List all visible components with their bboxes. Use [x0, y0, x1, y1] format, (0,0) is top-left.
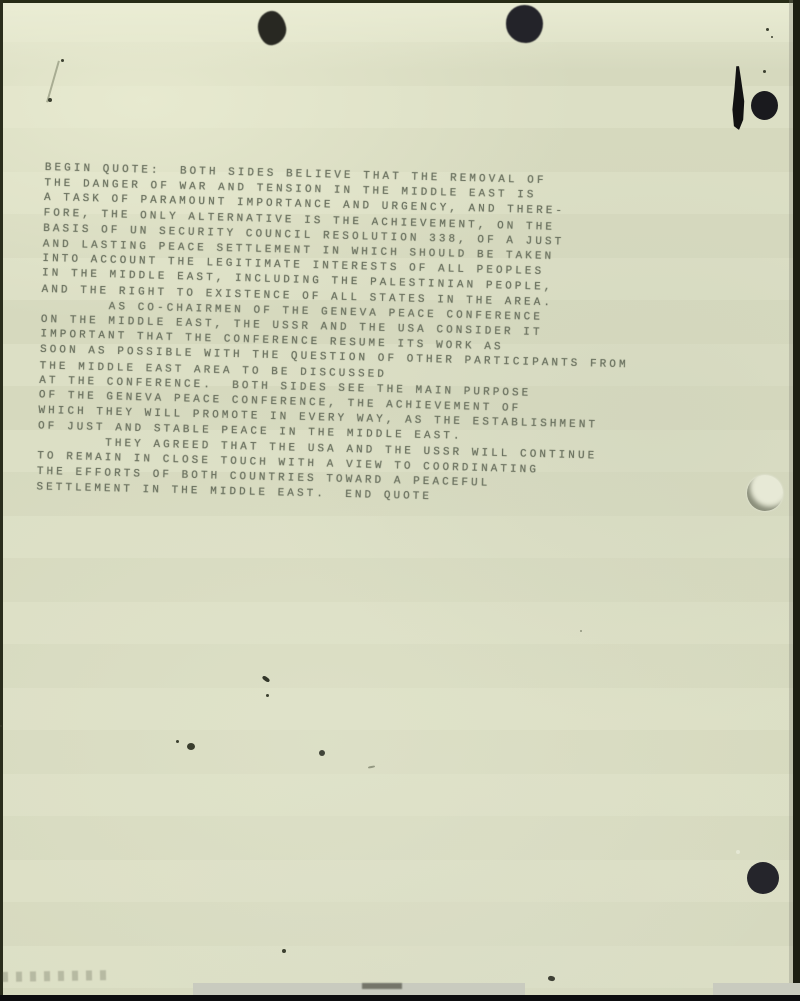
speck — [548, 975, 556, 981]
scan-edge-right — [793, 0, 800, 1001]
punch-hole-mark-icon — [751, 91, 778, 120]
speck — [771, 36, 773, 38]
ink-streak-icon — [730, 66, 745, 130]
punch-hole-mark-icon — [747, 862, 779, 894]
speck — [766, 28, 769, 31]
scanned-document-page: BEGIN QUOTE: BOTH SIDES BELIEVE THAT THE… — [0, 0, 800, 1001]
speck — [580, 630, 582, 632]
speck — [368, 765, 375, 768]
speck — [736, 850, 740, 854]
typed-text-block: BEGIN QUOTE: BOTH SIDES BELIEVE THAT THE… — [36, 161, 633, 511]
speck — [48, 98, 52, 102]
speck — [319, 750, 325, 756]
scan-edge-top — [0, 0, 800, 3]
speck — [266, 694, 269, 697]
speck — [176, 740, 179, 743]
scan-edge-bottom — [0, 995, 800, 1001]
speck — [262, 675, 271, 683]
speck — [0, 725, 2, 727]
speck — [187, 743, 195, 750]
scan-edge-left — [0, 0, 3, 1001]
embossed-punch-hole-icon — [747, 475, 783, 511]
smudge-mark — [2, 970, 114, 982]
smudge-mark — [362, 983, 402, 989]
punch-hole-mark-icon — [506, 5, 543, 43]
scratch-mark — [46, 61, 59, 103]
speck — [61, 59, 64, 62]
speck — [763, 70, 766, 73]
speck — [282, 949, 286, 953]
ink-blot-icon — [255, 9, 288, 47]
